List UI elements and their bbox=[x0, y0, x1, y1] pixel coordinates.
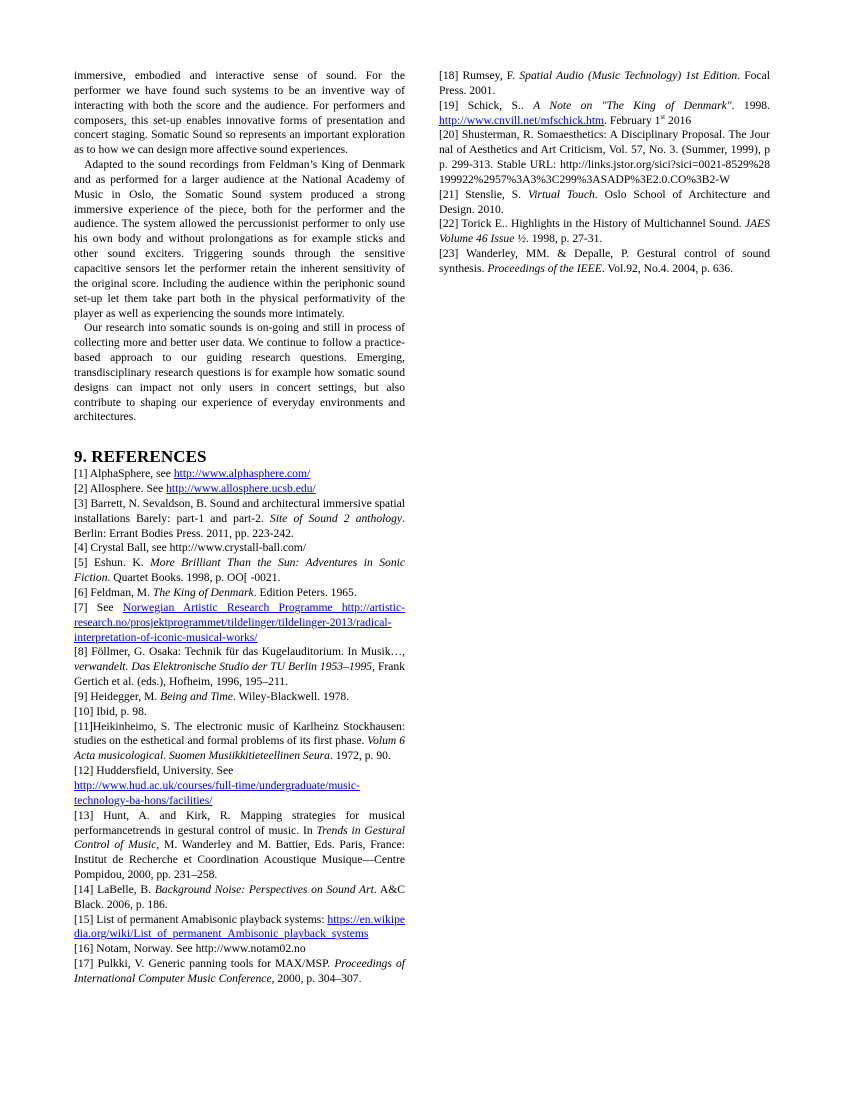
reference-item: [13] Hunt, A. and Kirk, R. Mapping strat… bbox=[74, 809, 405, 883]
reference-item: [21] Stenslie, S. Virtual Touch. Oslo Sc… bbox=[439, 188, 770, 218]
body-paragraph: Our research into somatic sounds is on-g… bbox=[74, 321, 405, 425]
reference-item: [18] Rumsey, F. Spatial Audio (Music Tec… bbox=[439, 69, 770, 99]
reference-item: [1] AlphaSphere, see http://www.alphasph… bbox=[74, 467, 405, 482]
right-column: [18] Rumsey, F. Spatial Audio (Music Tec… bbox=[439, 69, 770, 277]
reference-item: [3] Barrett, N. Sevaldson, B. Sound and … bbox=[74, 497, 405, 542]
body-paragraph: immersive, embodied and interactive sens… bbox=[74, 69, 405, 158]
reference-link[interactable]: Norwegian Artistic Research Programme ht… bbox=[74, 601, 405, 644]
reference-link[interactable]: http://www.hud.ac.uk/courses/full-time/u… bbox=[74, 779, 360, 807]
reference-item: [20] Shusterman, R. Somaesthetics: A Dis… bbox=[439, 128, 770, 187]
reference-item: [15] List of permanent Amabisonic playba… bbox=[74, 913, 405, 943]
reference-item: [7] See Norwegian Artistic Research Prog… bbox=[74, 601, 405, 646]
reference-item: [4] Crystal Ball, see http://www.crystal… bbox=[74, 541, 405, 556]
references-heading: 9. REFERENCES bbox=[74, 447, 405, 467]
reference-item: [11]Heikinheimo, S. The electronic music… bbox=[74, 720, 405, 765]
reference-item: [8] Föllmer, G. Osaka: Technik für das K… bbox=[74, 645, 405, 690]
reference-item: [6] Feldman, M. The King of Denmark. Edi… bbox=[74, 586, 405, 601]
reference-item: [2] Allosphere. See http://www.allospher… bbox=[74, 482, 405, 497]
reference-item: [9] Heidegger, M. Being and Time. Wiley-… bbox=[74, 690, 405, 705]
reference-item: [23] Wanderley, MM. & Depalle, P. Gestur… bbox=[439, 247, 770, 277]
reference-item: [5] Eshun. K. More Brilliant Than the Su… bbox=[74, 556, 405, 586]
reference-item: [10] Ibid, p. 98. bbox=[74, 705, 405, 720]
left-column: immersive, embodied and interactive sens… bbox=[74, 69, 405, 987]
reference-item: [12] Huddersfield, University. See http:… bbox=[74, 764, 405, 809]
reference-item: [19] Schick, S.. A Note on "The King of … bbox=[439, 99, 770, 129]
reference-item: [17] Pulkki, V. Generic panning tools fo… bbox=[74, 957, 405, 987]
reference-item: [22] Torick E.. Highlights in the Histor… bbox=[439, 217, 770, 247]
reference-link[interactable]: http://www.alphasphere.com/ bbox=[174, 467, 310, 480]
reference-item: [16] Notam, Norway. See http://www.notam… bbox=[74, 942, 405, 957]
reference-link[interactable]: http://www.cnvill.net/mfschick.htm bbox=[439, 114, 604, 127]
reference-link[interactable]: http://www.allosphere.ucsb.edu/ bbox=[166, 482, 316, 495]
body-paragraph: Adapted to the sound recordings from Fel… bbox=[74, 158, 405, 321]
reference-item: [14] LaBelle, B. Background Noise: Persp… bbox=[74, 883, 405, 913]
